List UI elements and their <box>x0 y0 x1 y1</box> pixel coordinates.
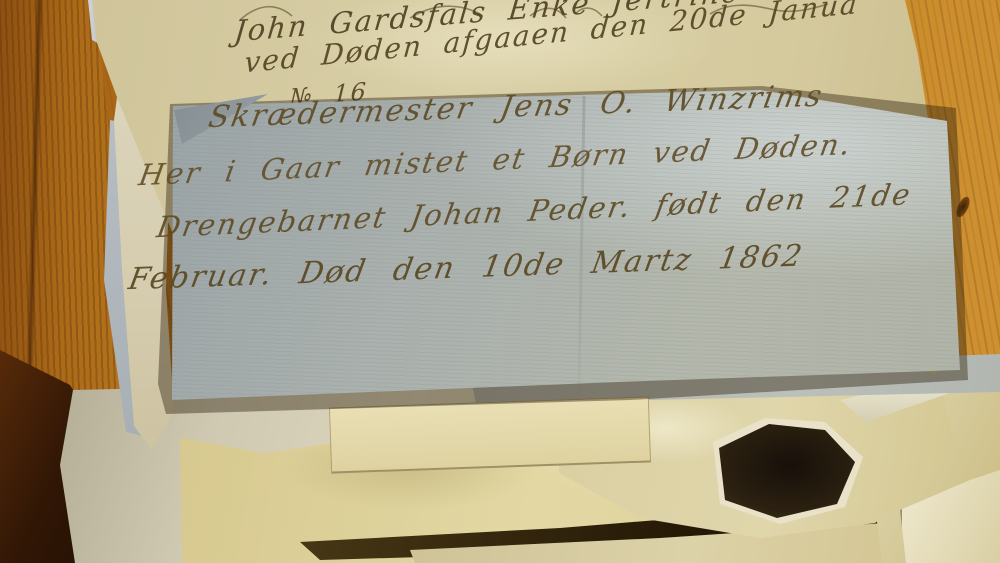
archive-photo-scene: John Gardsfals Enke Jertrine nu ved Døde… <box>0 0 1000 563</box>
paper-small-cream-card <box>329 396 651 473</box>
